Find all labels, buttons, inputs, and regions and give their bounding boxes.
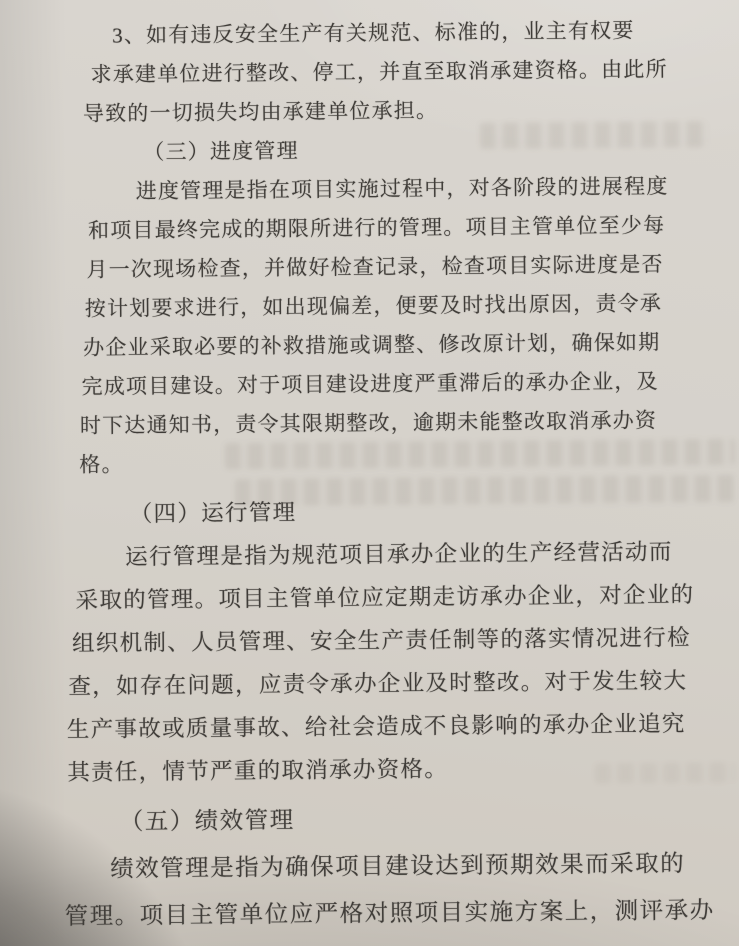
text-line: 完成项目建设。对于项目建设进度严重滞后的承办企业，及 [81, 361, 739, 406]
section-heading: （五）绩效管理 [120, 793, 739, 846]
text-line: 绩效管理是指为确保项目建设达到预期效果而采取的 [110, 840, 739, 893]
text-line: 求承建单位进行整改、停工，并直至取消承建资格。由此所 [90, 49, 739, 94]
text-line: 导致的一切损失均由承建单位承担。 [83, 88, 739, 133]
text-line: 生产事故或质量事故、给社会造成不良影响的承办企业追究 [67, 701, 739, 751]
text-line: 时下达通知书，责令其限期整改，逾期未能整改取消承办资 [80, 400, 739, 445]
text-line: 月一次现场检查，并做好检查记录，检查项目实际进度是否 [86, 244, 739, 289]
text-line: 组织机制、人员管理、安全生产责任制等的落实情况进行检 [72, 615, 739, 664]
text-line: 按计划要求进行，如出现偏差，便要及时找出原因，责令承 [85, 283, 739, 328]
text-zone-top: 3、如有违反安全生产有关规范、标准的，业主有权要 求承建单位进行整改、停工，并直… [0, 10, 739, 485]
text-line: 办企业采取必要的补救措施或调整、修改原计划，确保如期 [83, 322, 739, 367]
text-line: 运行管理是指为规范项目承办企业的生产经营活动而 [125, 529, 739, 578]
text-zone-middle: （四）运行管理 运行管理是指为规范项目承办企业的生产经营活动而 采取的管理。项目… [5, 486, 739, 794]
text-line: 3、如有违反安全生产有关规范、标准的，业主有权要 [112, 10, 739, 55]
text-zone-bottom: （五）绩效管理 绩效管理是指为确保项目建设达到预期效果而采取的 管理。项目主管单… [8, 793, 739, 941]
text-line: 格。 [79, 439, 739, 484]
document-text: 3、如有违反安全生产有关规范、标准的，业主有权要 求承建单位进行整改、停工，并直… [0, 10, 739, 941]
text-line: 和项目最终完成的期限所进行的管理。项目主管单位至少每 [88, 205, 739, 250]
section-heading: （三）进度管理 [143, 127, 739, 172]
text-line: 进度管理是指在项目实施过程中，对各阶段的进展程度 [136, 166, 739, 211]
text-line: 其责任，情节严重的取消承办资格。 [67, 744, 739, 794]
text-line: 查，如存在问题，应责令承办企业及时整改。对于发生较大 [68, 658, 739, 707]
text-line: 采取的管理。项目主管单位应定期走访承办企业，对企业的 [75, 572, 739, 621]
text-line: 管理。项目主管单位应严格对照项目实施方案上，测评承办 [64, 887, 739, 941]
section-heading: （四）运行管理 [130, 486, 739, 535]
document-page: 3、如有违反安全生产有关规范、标准的，业主有权要 求承建单位进行整改、停工，并直… [0, 0, 739, 946]
